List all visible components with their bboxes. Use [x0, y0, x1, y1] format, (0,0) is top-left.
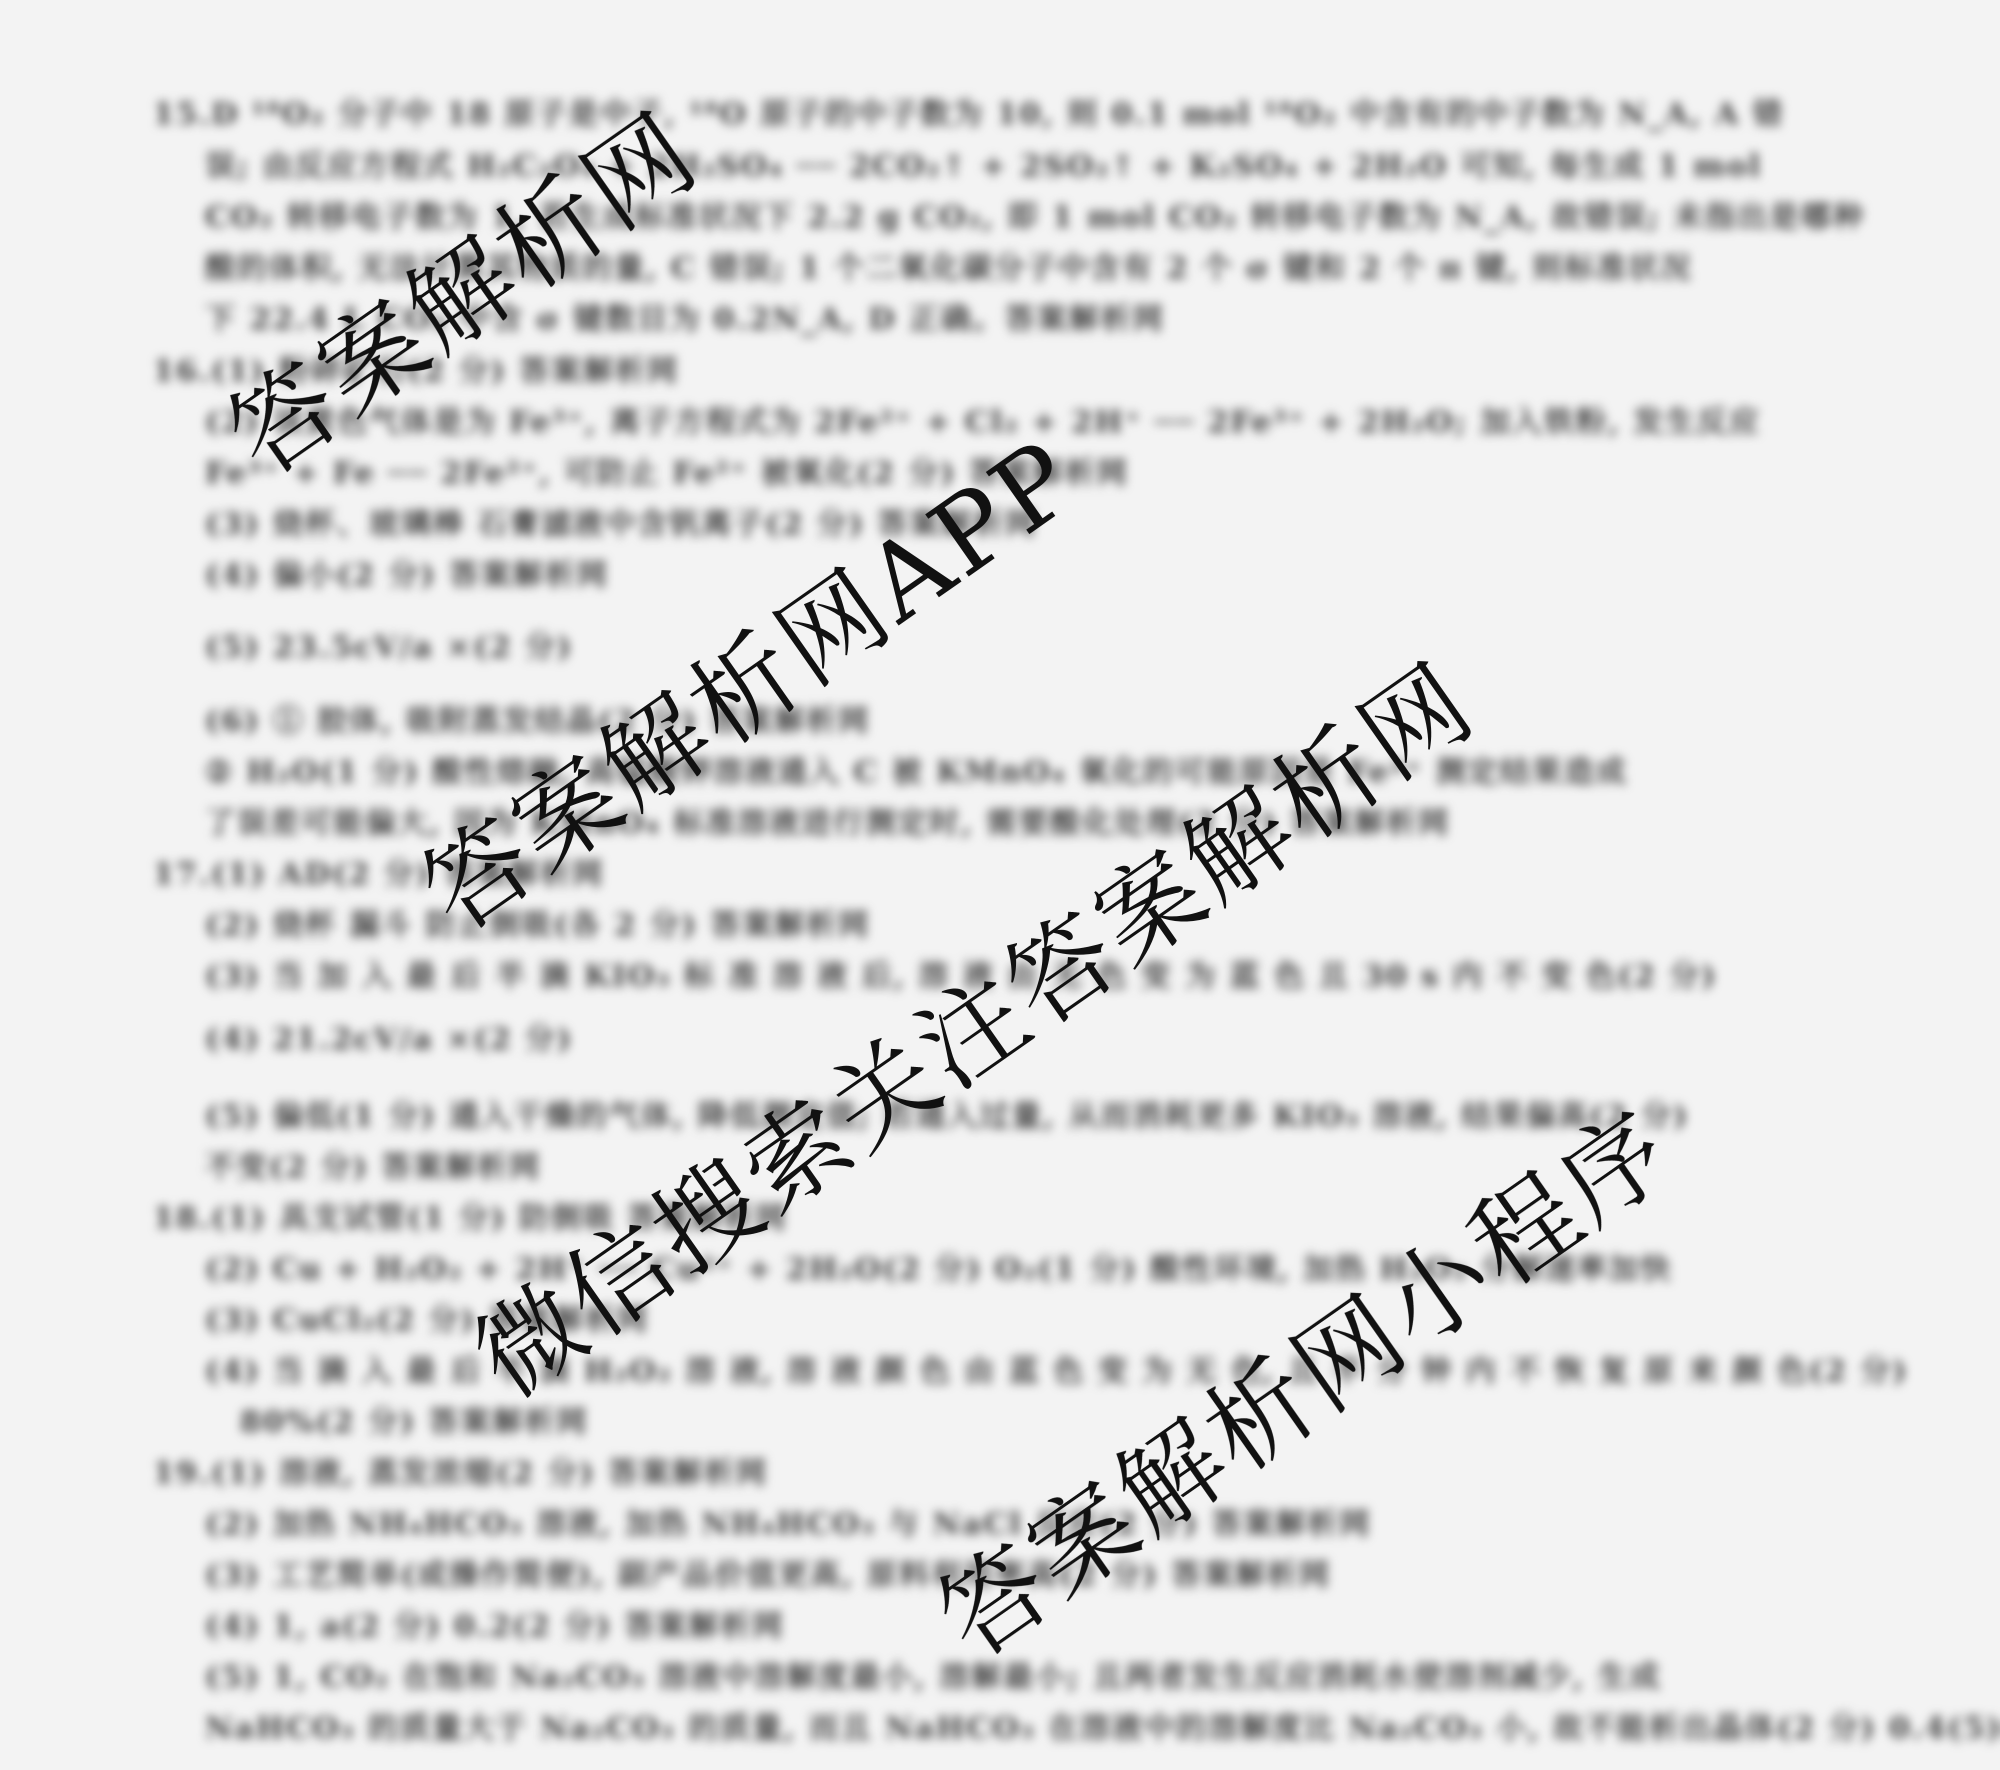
answer-line: 19.(1) 溶液, 蒸发浓缩(2 分) 答案解析网: [153, 1456, 768, 1492]
blurred-answer-text: 15.D ¹⁸O₂ 分子中 18 原子是中子, ¹⁸O 原子的中子数为 10, …: [0, 0, 2000, 1770]
answer-line: 15.D ¹⁸O₂ 分子中 18 原子是中子, ¹⁸O 原子的中子数为 10, …: [153, 97, 1785, 133]
answer-line: (4) 偏小(2 分) 答案解析网: [205, 558, 609, 594]
answer-line: NaHCO₃ 的质量大于 Na₂CO₃ 的质量, 而且 NaHCO₃ 在溶液中的…: [205, 1711, 2000, 1747]
answer-line: 不变(2 分) 答案解析网: [205, 1150, 541, 1186]
answer-line: (3) 工艺简单(或操作简便), 副产品价值更高, 原料利用率高(2 分) 答案…: [205, 1558, 1331, 1594]
answer-line: (5) 23.5cV/a ×(2 分): [205, 630, 573, 666]
answer-line: (2) 该黄色气体是为 Fe³⁺, 离子方程式为 2Fe²⁺ + Cl₂ + 2…: [205, 405, 1761, 441]
answer-line: 误; 由反应方程式 H₂C₂O₄ + 2H₂SO₄ ── 2CO₂↑ + 2SO…: [205, 149, 1762, 185]
answer-line: (5) 1, CO₂ 在饱和 Na₂CO₃ 溶液中溶解度最小, 溶解最小; 且两…: [205, 1660, 1661, 1696]
answer-line: (2) 烧杯 漏斗 防止倒吸(各 2 分) 答案解析网: [205, 908, 870, 944]
answer-line: (4) 1, a(2 分) 0.2(2 分) 答案解析网: [205, 1609, 784, 1645]
answer-line: (4) 当 滴 入 最 后 半 滴 H₂O₂ 溶 液, 溶 液 颜 色 由 蓝 …: [205, 1354, 1908, 1390]
answer-line: (4) 21.2cV/a ×(2 分): [205, 1022, 573, 1058]
document-page: 15.D ¹⁸O₂ 分子中 18 原子是中子, ¹⁸O 原子的中子数为 10, …: [0, 0, 2000, 1770]
